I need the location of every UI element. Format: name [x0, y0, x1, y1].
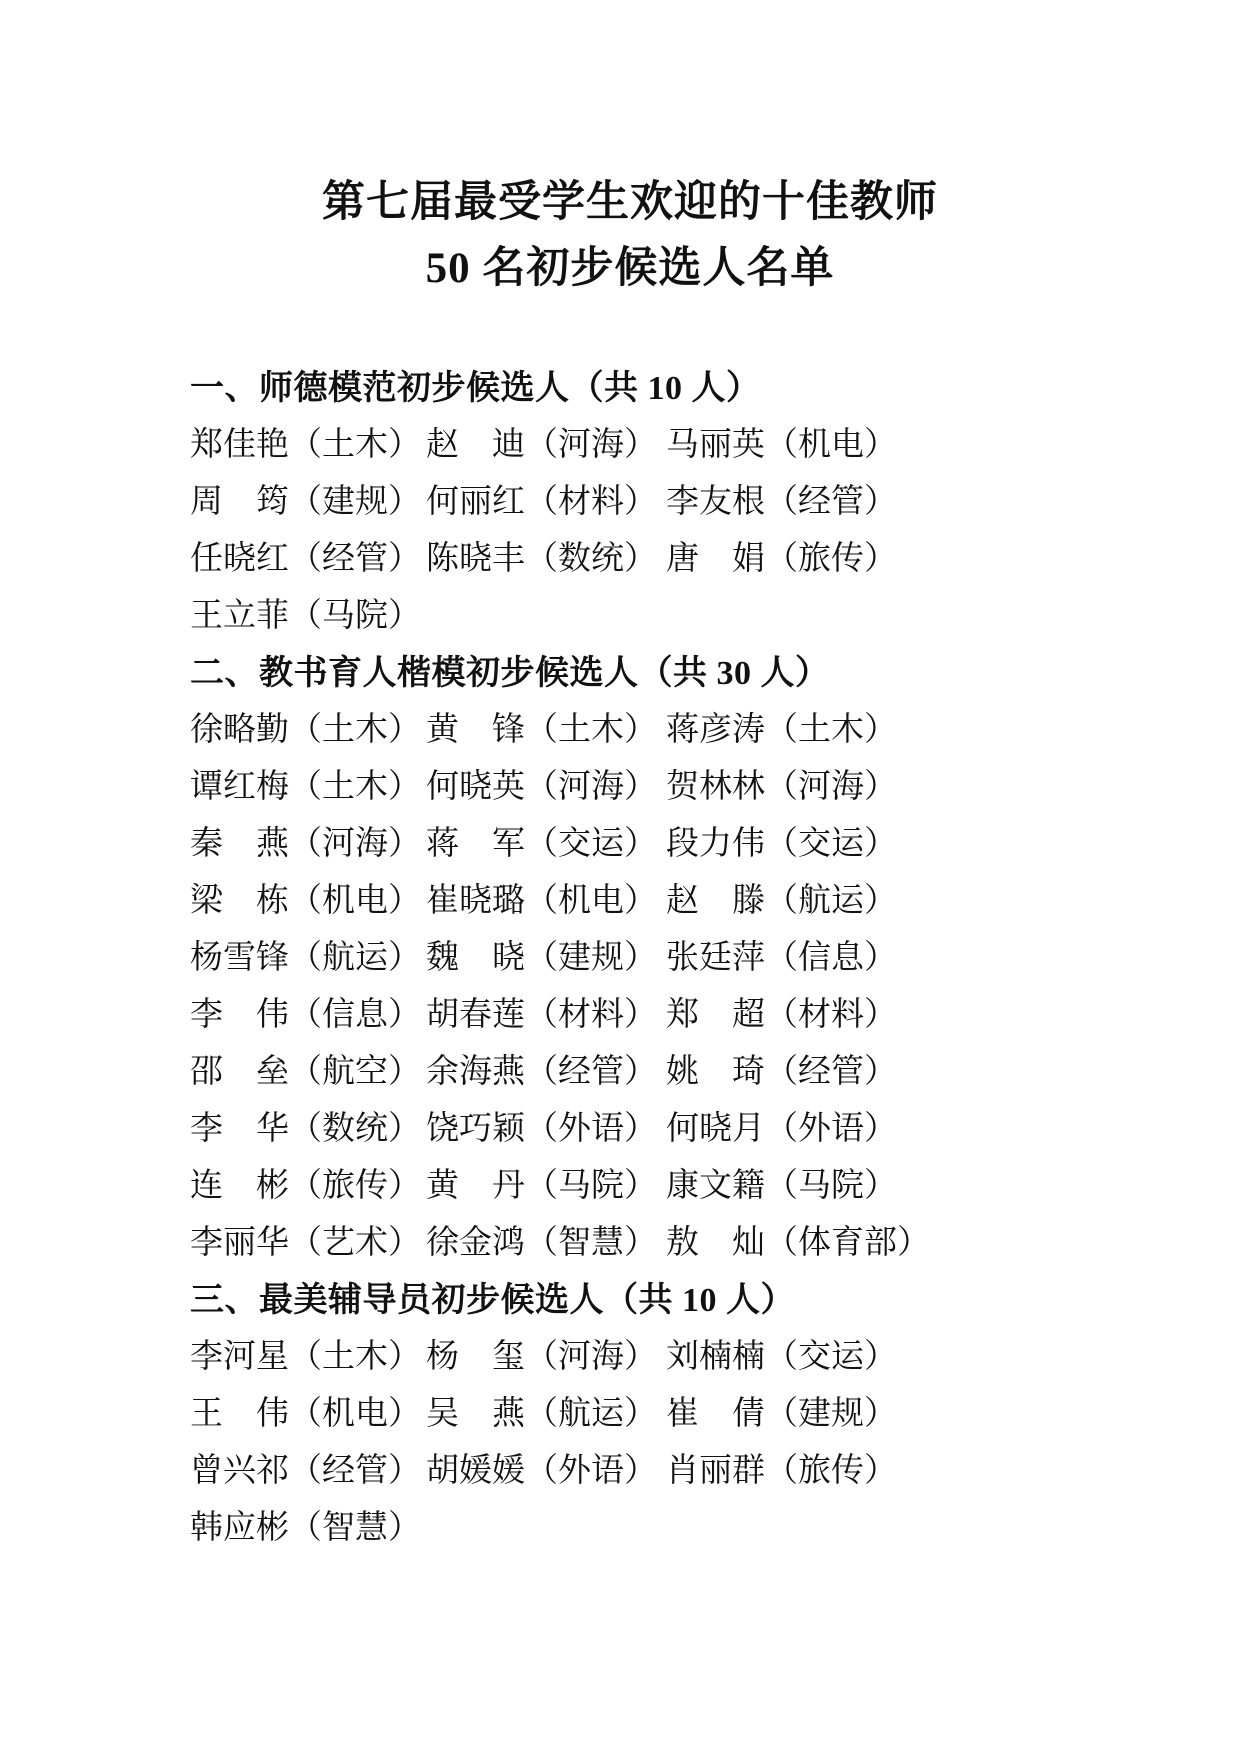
- candidate-entry: 李 华（数统）: [190, 1101, 426, 1158]
- candidate-entry: 杨雪锋（航运）: [190, 930, 426, 987]
- candidate-entry: 王 伟（机电）: [190, 1386, 426, 1443]
- candidate-entry: 王立菲（马院）: [190, 588, 426, 645]
- candidate-entry: 段力伟（交运）: [666, 816, 1070, 873]
- name-row: 邵 垒（航空）余海燕（经管）姚 琦（经管）: [190, 1044, 1070, 1101]
- candidate-entry: 何晓英（河海）: [426, 759, 666, 816]
- candidate-entry: 李河星（土木）: [190, 1329, 426, 1386]
- candidate-entry: 贺林林（河海）: [666, 759, 1070, 816]
- candidate-entry: 邵 垒（航空）: [190, 1044, 426, 1101]
- name-row: 李丽华（艺术）徐金鸿（智慧）敖 灿（体育部）: [190, 1215, 1070, 1272]
- candidate-entry: 敖 灿（体育部）: [666, 1215, 1070, 1272]
- candidate-entry: 刘楠楠（交运）: [666, 1329, 1070, 1386]
- candidate-entry: 张廷萍（信息）: [666, 930, 1070, 987]
- candidate-entry: 陈晓丰（数统）: [426, 531, 666, 588]
- name-row: 秦 燕（河海）蒋 军（交运）段力伟（交运）: [190, 816, 1070, 873]
- name-row: 郑佳艳（土木）赵 迪（河海）马丽英（机电）: [190, 417, 1070, 474]
- candidate-entry: 崔晓璐（机电）: [426, 873, 666, 930]
- candidate-sections: 一、师德模范初步候选人（共 10 人）郑佳艳（土木）赵 迪（河海）马丽英（机电）…: [190, 360, 1070, 1557]
- name-row: 王立菲（马院）: [190, 588, 1070, 645]
- name-row: 李 华（数统）饶巧颖（外语）何晓月（外语）: [190, 1101, 1070, 1158]
- candidate-entry: 余海燕（经管）: [426, 1044, 666, 1101]
- section-heading: 二、教书育人楷模初步候选人（共 30 人）: [190, 645, 1070, 702]
- name-row: 李 伟（信息）胡春莲（材料）郑 超（材料）: [190, 987, 1070, 1044]
- candidate-entry: 姚 琦（经管）: [666, 1044, 1070, 1101]
- candidate-entry: 韩应彬（智慧）: [190, 1500, 426, 1557]
- candidate-entry: 何丽红（材料）: [426, 474, 666, 531]
- candidate-entry: 杨 玺（河海）: [426, 1329, 666, 1386]
- candidate-entry: 黄 丹（马院）: [426, 1158, 666, 1215]
- name-row: 梁 栋（机电）崔晓璐（机电）赵 滕（航运）: [190, 873, 1070, 930]
- candidate-entry: 赵 迪（河海）: [426, 417, 666, 474]
- name-row: 李河星（土木）杨 玺（河海）刘楠楠（交运）: [190, 1329, 1070, 1386]
- name-row: 杨雪锋（航运）魏 晓（建规）张廷萍（信息）: [190, 930, 1070, 987]
- name-row: 谭红梅（土木）何晓英（河海）贺林林（河海）: [190, 759, 1070, 816]
- document-title-line-1: 第七届最受学生欢迎的十佳教师: [190, 170, 1070, 236]
- candidate-entry: 徐略勤（土木）: [190, 702, 426, 759]
- name-row: 周 筠（建规）何丽红（材料）李友根（经管）: [190, 474, 1070, 531]
- candidate-entry: 李友根（经管）: [666, 474, 1070, 531]
- candidate-entry: 魏 晓（建规）: [426, 930, 666, 987]
- candidate-entry: 何晓月（外语）: [666, 1101, 1070, 1158]
- candidate-entry: 连 彬（旅传）: [190, 1158, 426, 1215]
- candidate-entry: 郑 超（材料）: [666, 987, 1070, 1044]
- candidate-entry: 徐金鸿（智慧）: [426, 1215, 666, 1272]
- candidate-entry: 唐 娟（旅传）: [666, 531, 1070, 588]
- candidate-entry: 梁 栋（机电）: [190, 873, 426, 930]
- document-title-line-2: 50 名初步候选人名单: [190, 236, 1070, 302]
- candidate-entry: 康文籍（马院）: [666, 1158, 1070, 1215]
- candidate-entry: 郑佳艳（土木）: [190, 417, 426, 474]
- candidate-entry: 任晓红（经管）: [190, 531, 426, 588]
- section-heading: 一、师德模范初步候选人（共 10 人）: [190, 360, 1070, 417]
- name-row: 任晓红（经管）陈晓丰（数统）唐 娟（旅传）: [190, 531, 1070, 588]
- document-page: 第七届最受学生欢迎的十佳教师 50 名初步候选人名单 一、师德模范初步候选人（共…: [0, 0, 1240, 1754]
- name-row: 韩应彬（智慧）: [190, 1500, 1070, 1557]
- candidate-entry: 马丽英（机电）: [666, 417, 1070, 474]
- candidate-entry: 周 筠（建规）: [190, 474, 426, 531]
- candidate-entry: 蒋彦涛（土木）: [666, 702, 1070, 759]
- candidate-entry: 赵 滕（航运）: [666, 873, 1070, 930]
- candidate-entry: 黄 锋（土木）: [426, 702, 666, 759]
- document-title: 第七届最受学生欢迎的十佳教师 50 名初步候选人名单: [190, 170, 1070, 302]
- name-row: 王 伟（机电）吴 燕（航运）崔 倩（建规）: [190, 1386, 1070, 1443]
- name-row: 徐略勤（土木）黄 锋（土木）蒋彦涛（土木）: [190, 702, 1070, 759]
- candidate-entry: 胡媛媛（外语）: [426, 1443, 666, 1500]
- candidate-entry: 李丽华（艺术）: [190, 1215, 426, 1272]
- candidate-entry: 蒋 军（交运）: [426, 816, 666, 873]
- candidate-entry: 李 伟（信息）: [190, 987, 426, 1044]
- candidate-entry: 饶巧颖（外语）: [426, 1101, 666, 1158]
- candidate-entry: 吴 燕（航运）: [426, 1386, 666, 1443]
- candidate-entry: 秦 燕（河海）: [190, 816, 426, 873]
- name-row: 连 彬（旅传）黄 丹（马院）康文籍（马院）: [190, 1158, 1070, 1215]
- candidate-entry: 谭红梅（土木）: [190, 759, 426, 816]
- candidate-entry: 曾兴祁（经管）: [190, 1443, 426, 1500]
- candidate-entry: 崔 倩（建规）: [666, 1386, 1070, 1443]
- candidate-entry: 肖丽群（旅传）: [666, 1443, 1070, 1500]
- name-row: 曾兴祁（经管）胡媛媛（外语）肖丽群（旅传）: [190, 1443, 1070, 1500]
- candidate-entry: 胡春莲（材料）: [426, 987, 666, 1044]
- section-heading: 三、最美辅导员初步候选人（共 10 人）: [190, 1272, 1070, 1329]
